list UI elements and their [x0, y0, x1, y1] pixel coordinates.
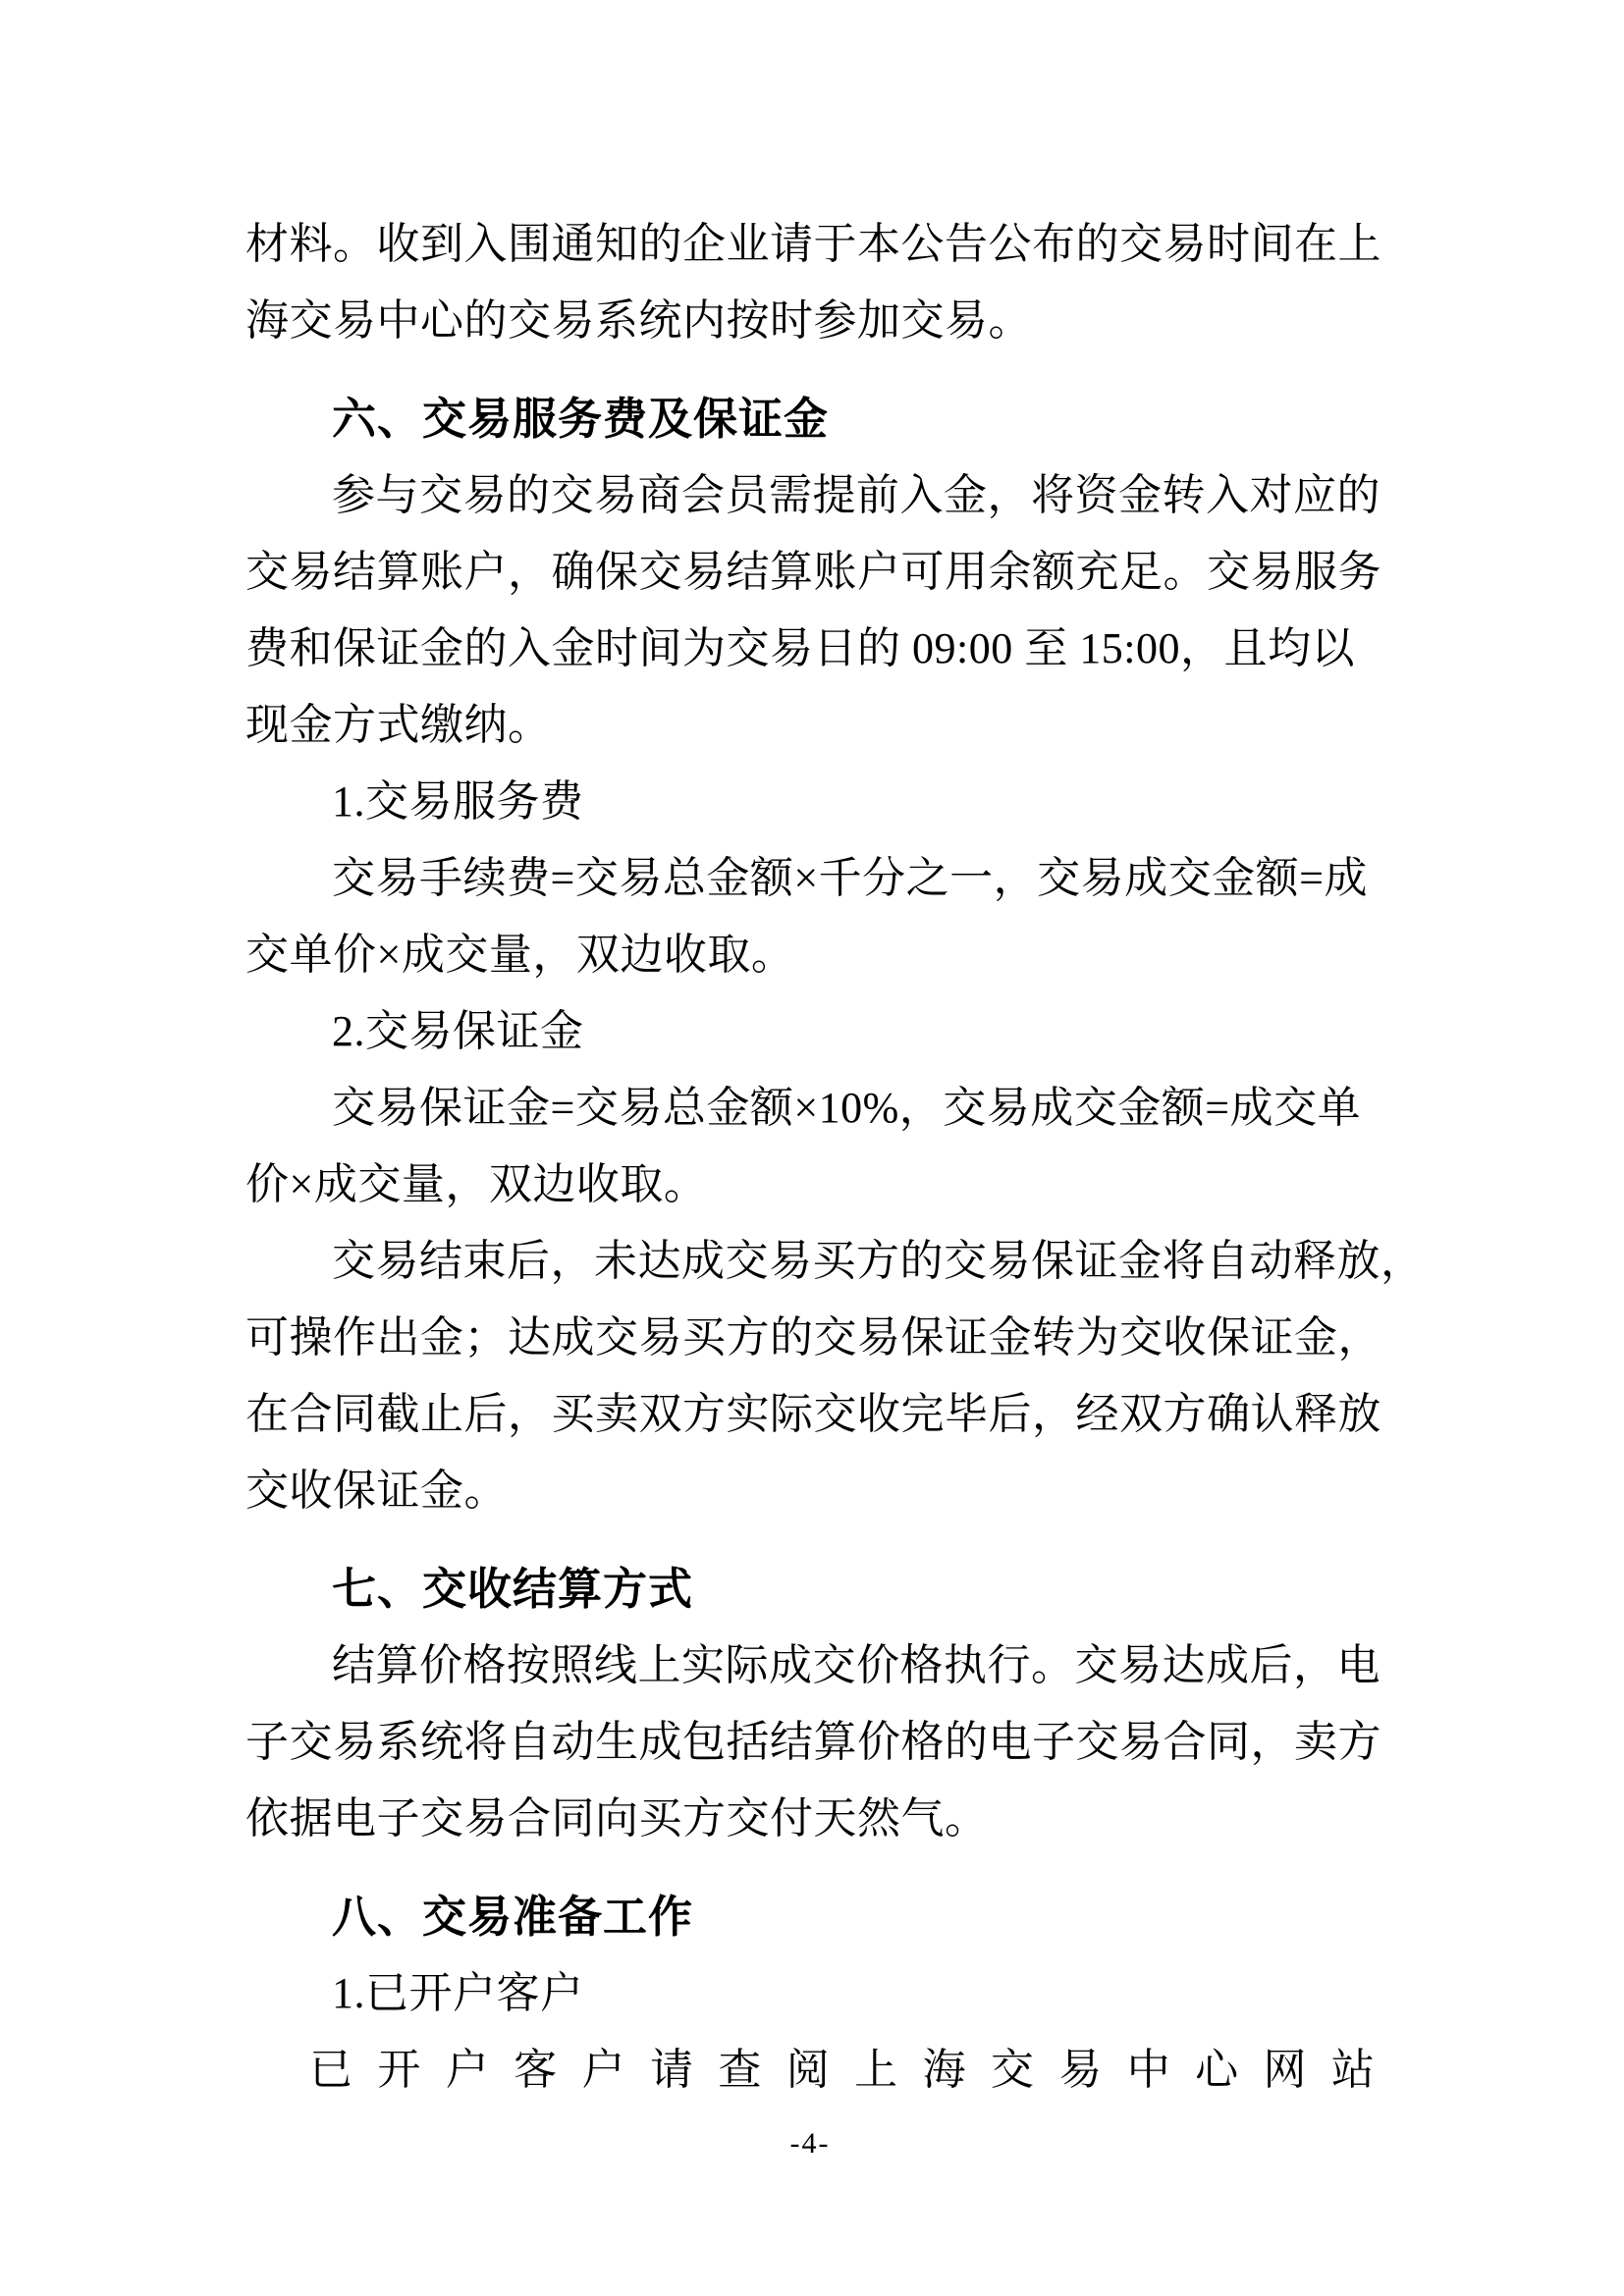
- text-line: 1.已开户客户: [245, 1955, 1375, 2032]
- text-line: 交收保证金。: [245, 1453, 1375, 1529]
- text-line: 交单价×成交量，双边收取。: [245, 917, 1375, 993]
- justified-text-line: 已开户客户请查阅上海交易中心网站: [309, 2032, 1375, 2109]
- text-line: 结算价格按照线上实际成交价格执行。交易达成后，电: [245, 1628, 1375, 1704]
- text-line: 参与交易的交易商会员需提前入金，将资金转入对应的: [245, 457, 1375, 534]
- document-page: 材料。收到入围通知的企业请于本公告公布的交易时间在上海交易中心的交易系统内按时参…: [0, 0, 1624, 2296]
- text-line: 1.交易服务费: [245, 764, 1375, 840]
- text-line: 子交易系统将自动生成包括结算价格的电子交易合同，卖方: [245, 1704, 1375, 1781]
- text-line: 交易结束后，未达成交易买方的交易保证金将自动释放，: [245, 1223, 1375, 1300]
- text-line: 交易手续费=交易总金额×千分之一，交易成交金额=成: [245, 840, 1375, 917]
- section-heading: 七、交收结算方式: [245, 1551, 1375, 1628]
- text-line: 在合同截止后，买卖双方实际交收完毕后，经双方确认释放: [245, 1376, 1375, 1453]
- text-line: 依据电子交易合同向买方交付天然气。: [245, 1781, 1375, 1857]
- section-heading: 六、交易服务费及保证金: [245, 381, 1375, 457]
- page-number: -4-: [245, 2122, 1375, 2165]
- document-body: 材料。收到入围通知的企业请于本公告公布的交易时间在上海交易中心的交易系统内按时参…: [245, 206, 1375, 2109]
- text-line: 费和保证金的入金时间为交易日的 09:00 至 15:00，且均以: [245, 611, 1375, 687]
- text-line: 海交易中心的交易系统内按时参加交易。: [245, 283, 1375, 359]
- section-heading: 八、交易准备工作: [245, 1879, 1375, 1955]
- text-line: 材料。收到入围通知的企业请于本公告公布的交易时间在上: [245, 206, 1375, 283]
- text-line: 现金方式缴纳。: [245, 687, 1375, 764]
- text-line: 交易结算账户，确保交易结算账户可用余额充足。交易服务: [245, 534, 1375, 611]
- text-line: 可操作出金；达成交易买方的交易保证金转为交收保证金，: [245, 1300, 1375, 1376]
- text-line: 价×成交量，双边收取。: [245, 1147, 1375, 1223]
- text-line: 2.交易保证金: [245, 993, 1375, 1070]
- text-line: 交易保证金=交易总金额×10%，交易成交金额=成交单: [245, 1070, 1375, 1147]
